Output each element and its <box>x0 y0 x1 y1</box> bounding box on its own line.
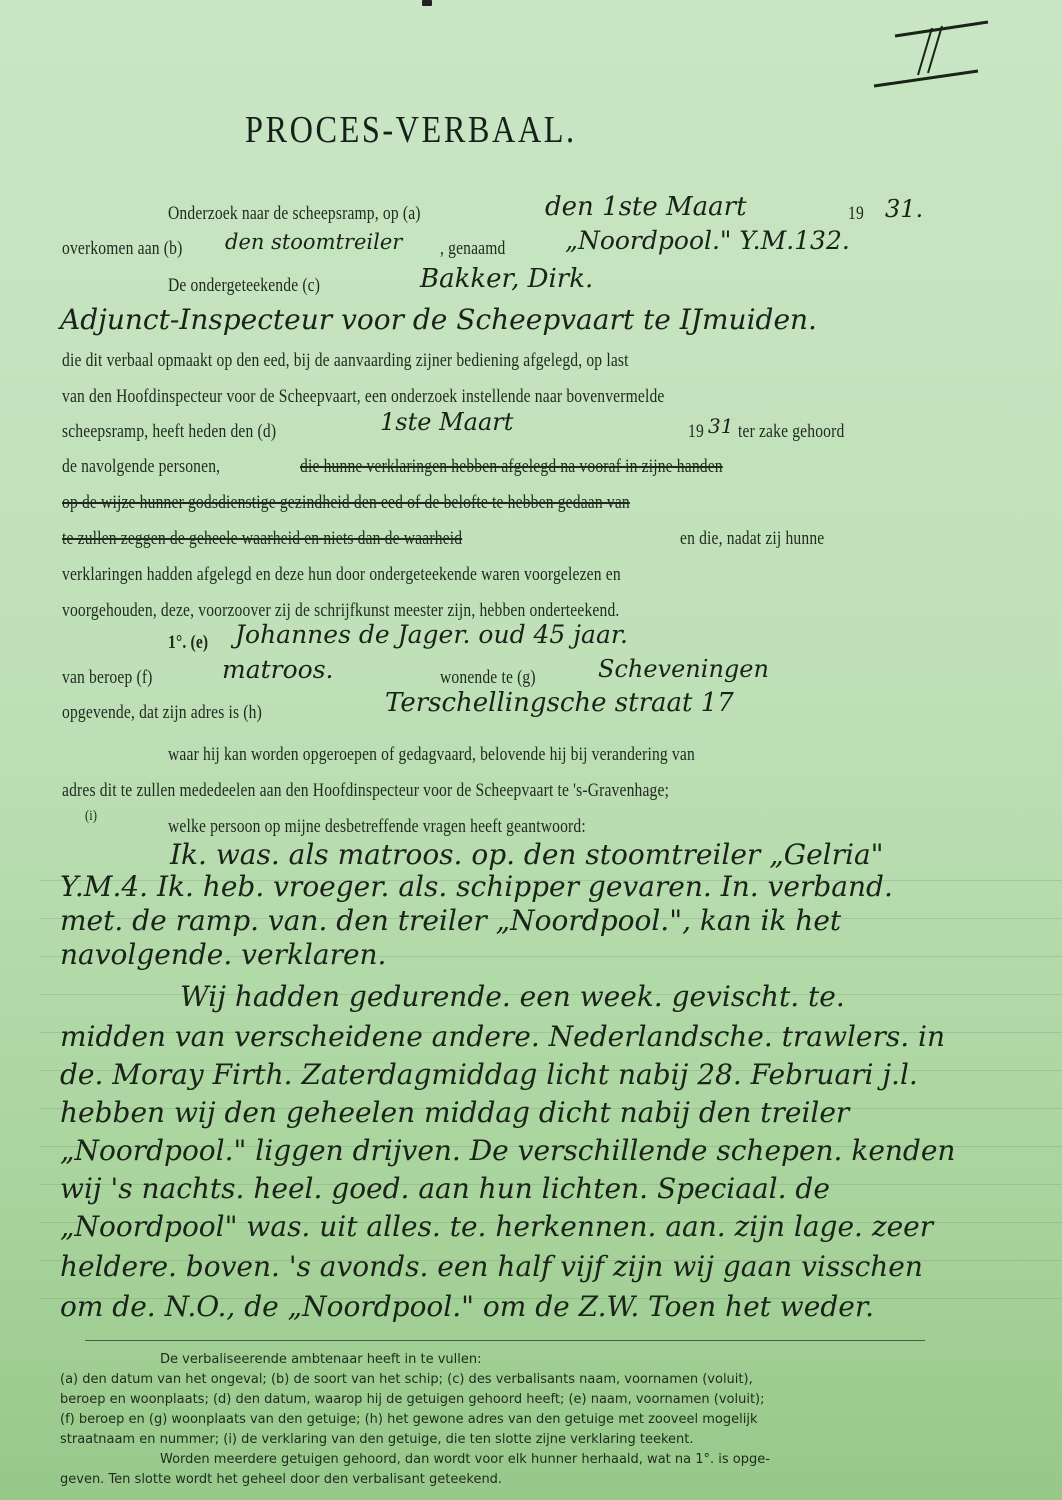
statement-line: Y.M.4. Ik. heb. vroeger. als. schipper g… <box>60 870 893 903</box>
hearing-date-label: scheepsramp, heeft heden den (d) <box>62 421 276 443</box>
footnote-line: (f) beroep en (g) woonplaats van den get… <box>60 1412 757 1427</box>
footnote-line: Worden meerdere getuigen gehoord, dan wo… <box>160 1452 770 1467</box>
hearing-year-prefix: 19 <box>688 421 704 443</box>
witness-occupation: matroos. <box>222 655 334 684</box>
statement-label: (i) <box>85 808 97 825</box>
statement-line: navolgende. verklaren. <box>60 938 386 971</box>
year-value: 31. <box>885 195 923 223</box>
paragraph-line: verklaringen hadden afgelegd en deze hun… <box>62 564 621 586</box>
statement-line: om de. N.O., de „Noordpool." om de Z.W. … <box>60 1290 874 1323</box>
struck-text: op de wijze hunner godsdienstige gezindh… <box>62 492 630 514</box>
ship-name: „Noordpool." Y.M.132. <box>565 226 850 255</box>
statement-line: Ik. was. als matroos. op. den stoomtreil… <box>170 838 884 871</box>
hearing-date: 1ste Maart <box>380 408 513 436</box>
paragraph-line: voorgehouden, deze, voorzoover zij de sc… <box>62 600 619 622</box>
footnote-line: (a) den datum van het ongeval; (b) de so… <box>60 1372 753 1387</box>
disaster-date: den 1ste Maart <box>545 192 747 222</box>
page-number-mark <box>870 8 990 88</box>
paragraph-line: en die, nadat zij hunne <box>680 528 824 550</box>
ship-type: den stoomtreiler <box>225 230 402 254</box>
paragraph-line: waar hij kan worden opgeroepen of gedagv… <box>168 744 695 766</box>
statement-line: midden van verscheidene andere. Nederlan… <box>60 1020 945 1053</box>
undersigned-label: De ondergeteekende (c) <box>168 275 320 297</box>
statement-line: hebben wij den geheelen middag dicht nab… <box>60 1096 849 1129</box>
statement-line: heldere. boven. 's avonds. een half vijf… <box>60 1250 923 1283</box>
statement-line: wij 's nachts. heel. goed. aan hun licht… <box>60 1172 830 1205</box>
address-label: opgevende, dat zijn adres is (h) <box>62 702 262 724</box>
hearing-suffix: ter zake gehoord <box>738 421 844 443</box>
witness-number: 1°. (e) <box>168 632 208 654</box>
paragraph-line: welke persoon op mijne desbetreffende vr… <box>168 816 586 838</box>
named-label: , genaamd <box>440 238 506 260</box>
inspector-name: Bakker, Dirk. <box>420 264 593 294</box>
statement-line: met. de ramp. van. den treiler „Noordpoo… <box>60 904 841 937</box>
paragraph-line: van den Hoofdinspecteur voor de Scheepva… <box>62 386 665 408</box>
witness-address: Terschellingsche straat 17 <box>385 688 734 718</box>
footnote-line: straatnaam en nummer; (i) de verklaring … <box>60 1432 694 1447</box>
hearing-year: 31 <box>708 414 733 438</box>
struck-text: te zullen zeggen de geheele waarheid en … <box>62 528 462 550</box>
year-prefix: 19 <box>848 203 864 225</box>
statement-line: „Noordpool." liggen drijven. De verschil… <box>60 1134 955 1167</box>
document-title: PROCES-VERBAAL. <box>245 108 577 152</box>
top-edge-mark <box>422 0 432 6</box>
footnote-heading: De verbaliseerende ambtenaar heeft in te… <box>160 1352 482 1367</box>
footnote-line: geven. Ten slotte wordt het geheel door … <box>60 1472 502 1487</box>
occurred-label: overkomen aan (b) <box>62 238 182 260</box>
footnote-line: beroep en woonplaats; (d) den datum, waa… <box>60 1392 765 1407</box>
inspector-title: Adjunct-Inspecteur voor de Scheepvaart t… <box>60 303 817 336</box>
witness-residence: Scheveningen <box>598 655 769 683</box>
witness-name: Johannes de Jager. oud 45 jaar. <box>235 620 628 649</box>
statement-line: Wij hadden gedurende. een week. gevischt… <box>180 980 845 1013</box>
paragraph-line: die dit verbaal opmaakt op den eed, bij … <box>62 350 629 372</box>
footnote-divider <box>85 1340 925 1341</box>
paragraph-line: adres dit te zullen mededeelen aan den H… <box>62 780 669 802</box>
inquiry-label: Onderzoek naar de scheepsramp, op (a) <box>168 203 421 225</box>
statement-line: de. Moray Firth. Zaterdagmiddag licht na… <box>60 1058 918 1091</box>
statement-line: „Noordpool" was. uit alles. te. herkenne… <box>60 1210 933 1243</box>
residence-label: wonende te (g) <box>440 667 536 689</box>
persons-label: de navolgende personen, <box>62 456 220 478</box>
occupation-label: van beroep (f) <box>62 667 153 689</box>
struck-text: die hunne verklaringen hebben afgelegd n… <box>300 456 723 478</box>
